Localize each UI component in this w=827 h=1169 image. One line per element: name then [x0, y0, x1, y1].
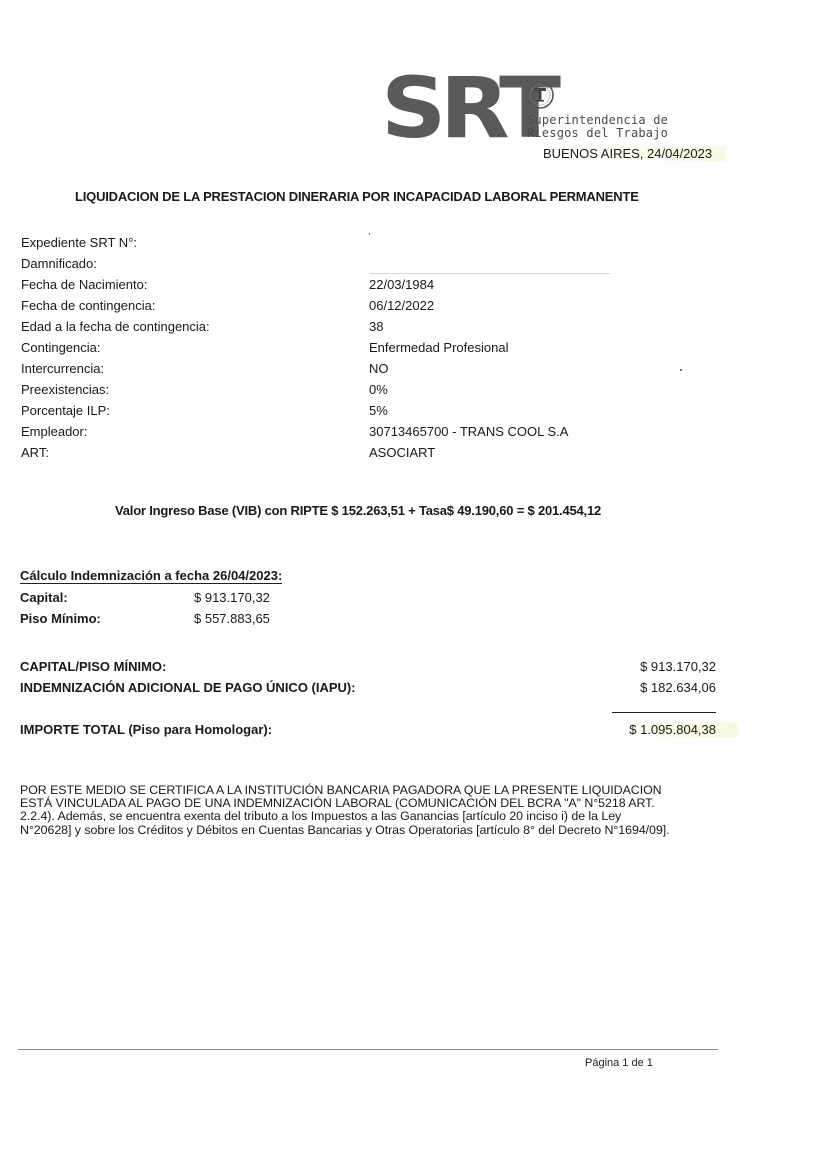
scan-artifact [680, 369, 682, 371]
info-label: Intercurrencia: [21, 361, 104, 376]
summary-amount: $ 182.634,06 [640, 680, 716, 695]
logo-subtitle-line2: Riesgos del Trabajo [527, 127, 668, 140]
info-label: Porcentaje ILP: [21, 403, 110, 418]
vib-line: Valor Ingreso Base (VIB) con RIPTE $ 152… [115, 503, 601, 518]
document-title: LIQUIDACION DE LA PRESTACION DINERARIA P… [75, 189, 639, 204]
info-label: ART: [21, 445, 49, 460]
info-value: NO [369, 361, 389, 376]
page-number: Página 1 de 1 [585, 1057, 653, 1069]
info-label: Damnificado: [21, 256, 97, 271]
info-value: ASOCIART [369, 445, 435, 460]
cert-line: N°20628] y sobre los Créditos y Débitos … [20, 824, 720, 837]
summary-amount: $ 913.170,32 [640, 659, 716, 674]
info-value: 5% [369, 403, 388, 418]
info-value: 38 [369, 319, 383, 334]
calculation-title: Cálculo Indemnización a fecha 26/04/2023… [20, 568, 282, 584]
calc-amount: $ 913.170,32 [194, 590, 270, 605]
total-amount: $ 1.095.804,38 [621, 722, 738, 737]
info-label: Fecha de contingencia: [21, 298, 155, 313]
info-value: 06/12/2022 [369, 298, 434, 313]
info-label: Empleador: [21, 424, 87, 439]
info-label: Contingencia: [21, 340, 101, 355]
footer-divider [18, 1049, 718, 1050]
total-divider [612, 712, 716, 713]
redaction-box [370, 233, 610, 274]
calc-label: Piso Mínimo: [20, 611, 101, 626]
city-date: BUENOS AIRES, 24/04/2023 [541, 146, 726, 161]
srt-emblem-icon [525, 80, 555, 110]
calc-label: Capital: [20, 590, 68, 605]
info-label: Expediente SRT N°: [21, 235, 137, 250]
calc-amount: $ 557.883,65 [194, 611, 270, 626]
certification-text: POR ESTE MEDIO SE CERTIFICA A LA INSTITU… [20, 784, 720, 837]
summary-label: INDEMNIZACIÓN ADICIONAL DE PAGO ÚNICO (I… [20, 680, 356, 695]
calc-row-piso-minimo: Piso Mínimo: $ 557.883,65 [20, 611, 101, 626]
total-label: IMPORTE TOTAL (Piso para Homologar): [20, 722, 272, 737]
info-label: Fecha de Nacimiento: [21, 277, 147, 292]
info-value: 22/03/1984 [369, 277, 434, 292]
info-value: Enfermedad Profesional [369, 340, 508, 355]
info-label: Preexistencias: [21, 382, 109, 397]
info-label: Edad a la fecha de contingencia: [21, 319, 210, 334]
info-value: 30713465700 - TRANS COOL S.A [369, 424, 568, 439]
srt-logo-subtitle: Superintendencia de Riesgos del Trabajo [527, 114, 668, 140]
info-value: 0% [369, 382, 388, 397]
calc-row-capital: Capital: $ 913.170,32 [20, 590, 68, 605]
cert-line: 2.2.4). Además, se encuentra exenta del … [20, 810, 720, 823]
summary-label: CAPITAL/PISO MÍNIMO: [20, 659, 166, 674]
